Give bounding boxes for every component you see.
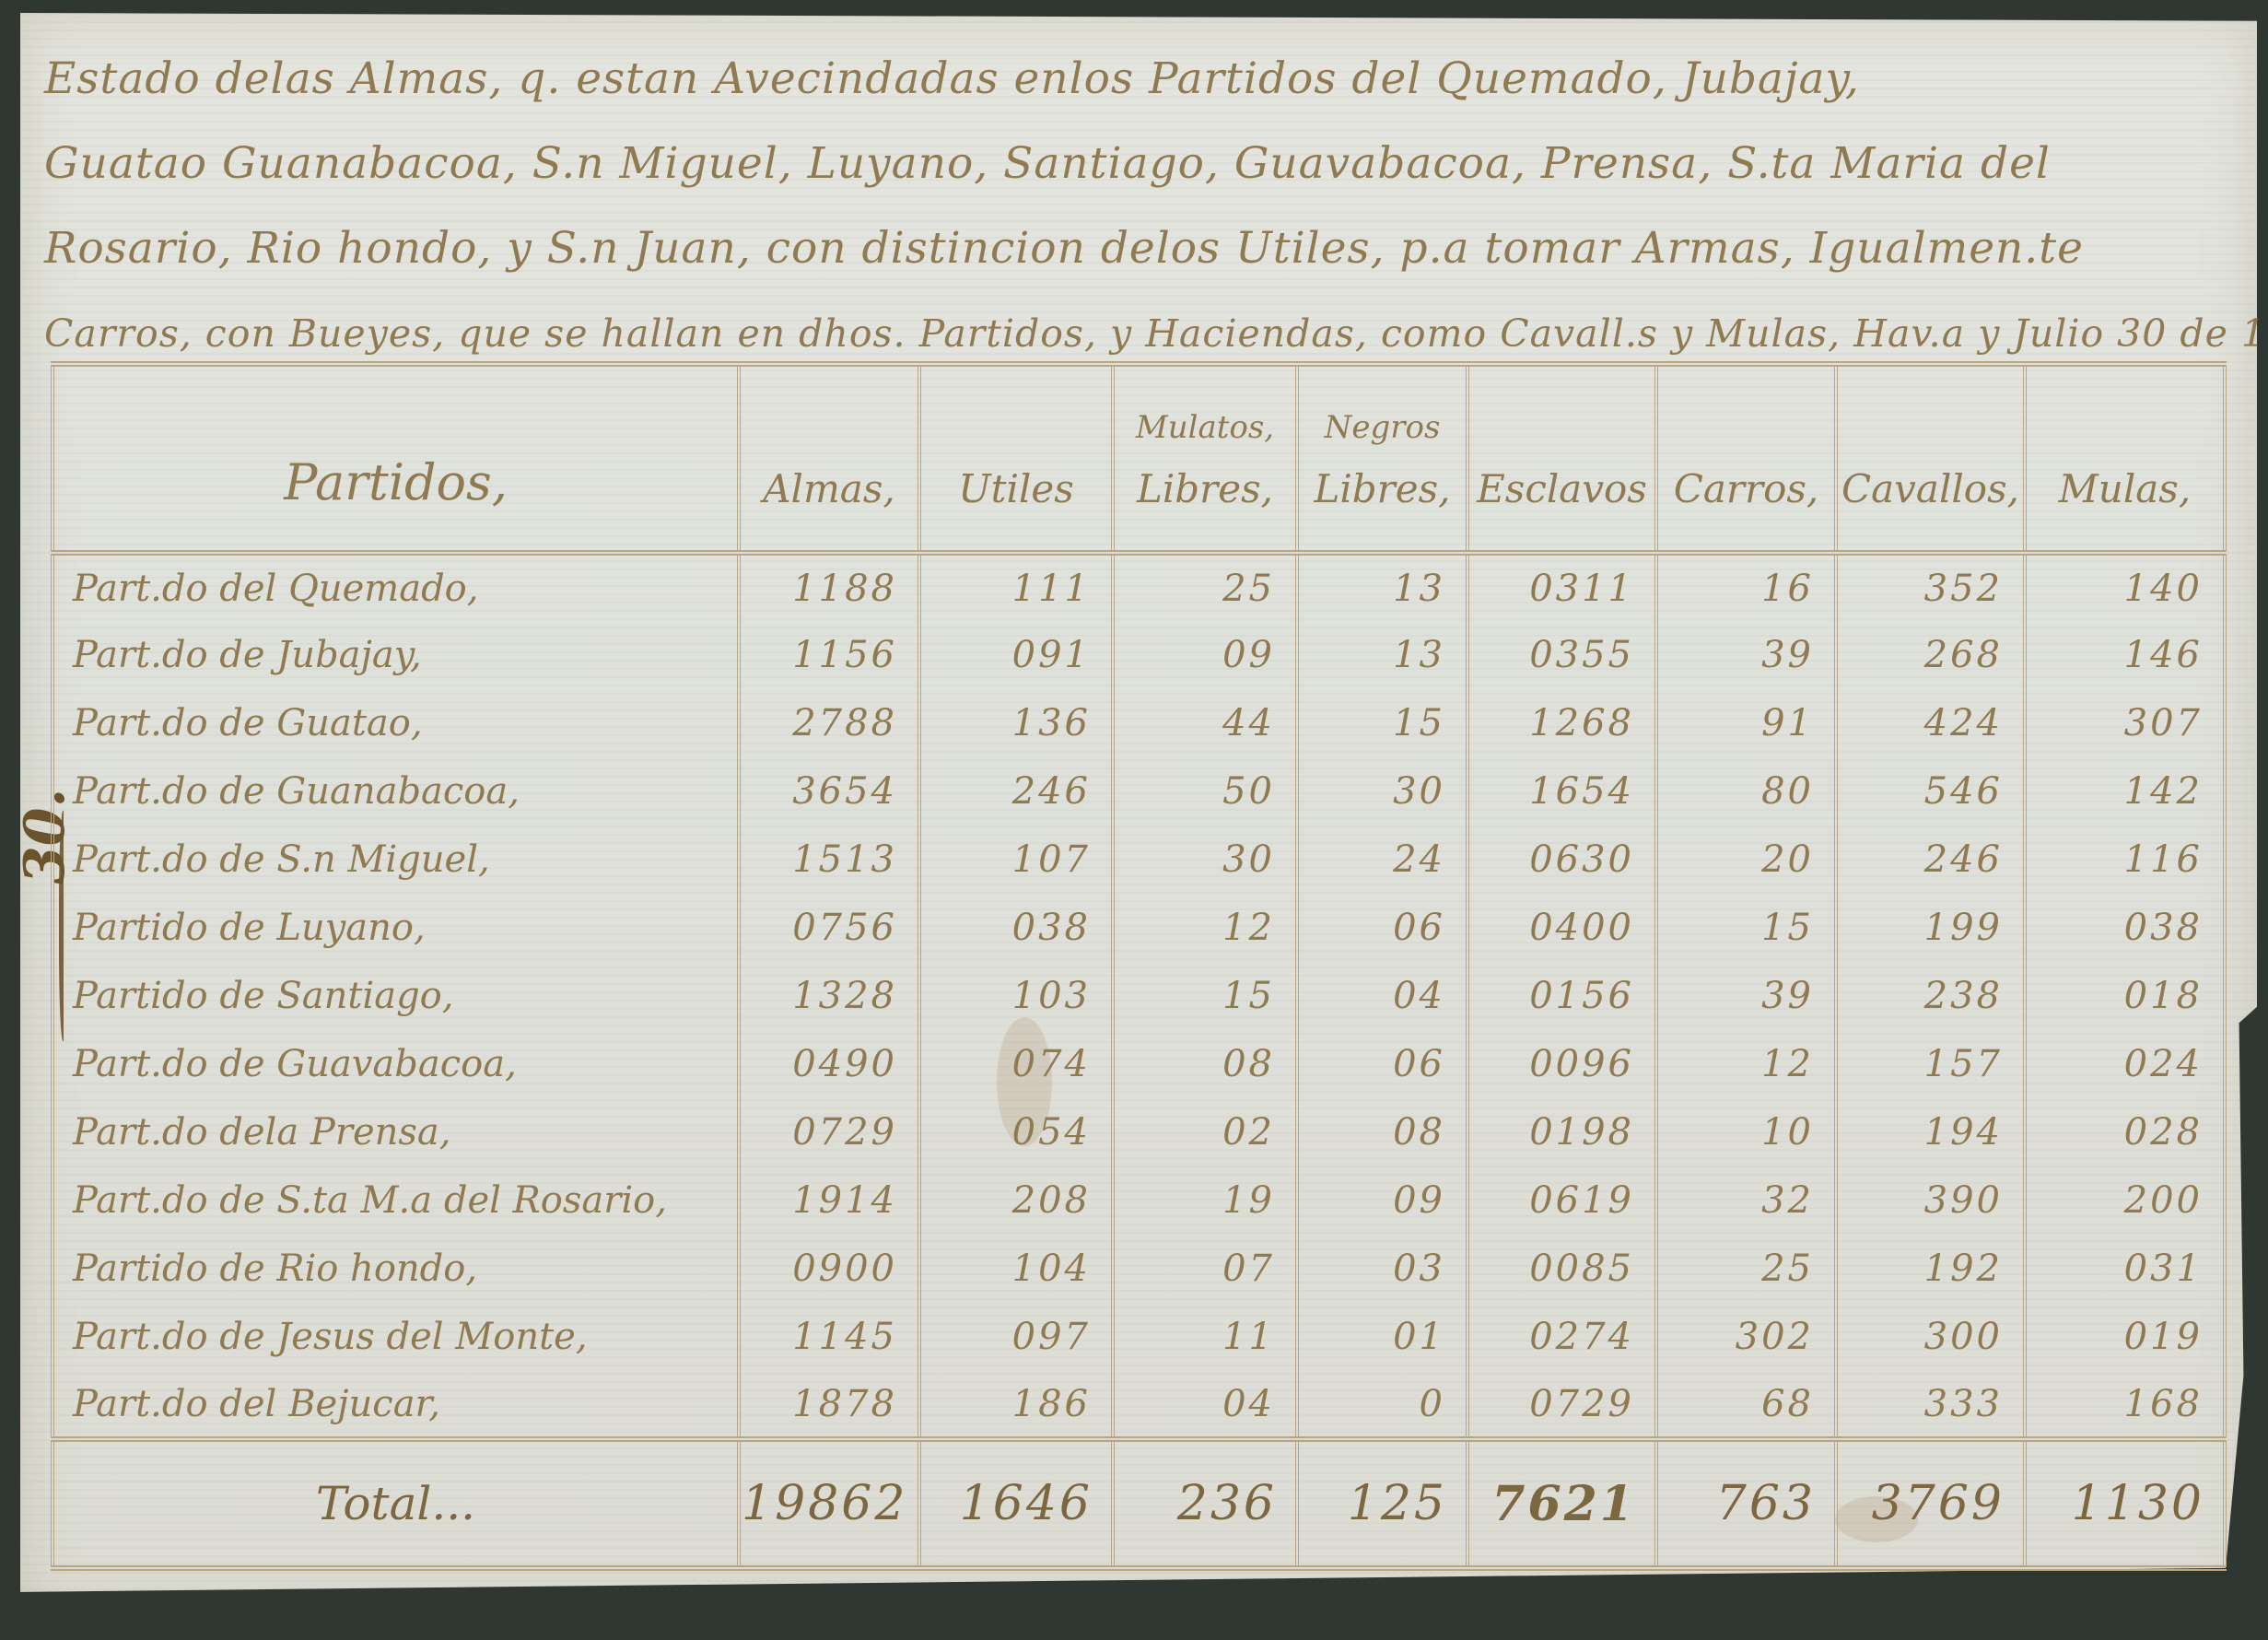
cell-mulas: 140 — [2025, 553, 2225, 621]
header-row: Partidos, Almas, Utiles Mulatos,Libres, … — [53, 364, 2225, 553]
cell-mulas: 038 — [2025, 894, 2225, 962]
cell-utiles: 074 — [919, 1030, 1113, 1098]
cell-mulas: 146 — [2025, 621, 2225, 689]
partido-name: Part.do del Bejucar, — [53, 1371, 739, 1439]
cell-esclavos: 1654 — [1467, 757, 1656, 826]
header-almas: Almas, — [739, 364, 919, 553]
cell-esclavos: 0619 — [1467, 1166, 1656, 1235]
header-mulatos-libres: Mulatos,Libres, — [1113, 364, 1297, 553]
cell-mulatos-libres: 50 — [1113, 757, 1297, 826]
cell-mulatos-libres: 30 — [1113, 826, 1297, 894]
table-row: Part.do de S.ta M.a del Rosario,19142081… — [53, 1166, 2225, 1235]
cell-utiles: 111 — [919, 553, 1113, 621]
cell-utiles: 091 — [919, 621, 1113, 689]
table-row: Partido de Santiago,13281031504015639238… — [53, 962, 2225, 1030]
cell-cavallos: 268 — [1836, 621, 2025, 689]
cell-cavallos: 157 — [1836, 1030, 2025, 1098]
cell-negros-libres: 15 — [1297, 689, 1467, 757]
cell-almas: 0900 — [739, 1235, 919, 1303]
cell-cavallos: 352 — [1836, 553, 2025, 621]
cell-almas: 0756 — [739, 894, 919, 962]
cell-almas: 1328 — [739, 962, 919, 1030]
cell-carros: 25 — [1656, 1235, 1836, 1303]
cell-almas: 1914 — [739, 1166, 919, 1235]
cell-utiles: 136 — [919, 689, 1113, 757]
cell-negros-libres: 06 — [1297, 894, 1467, 962]
cell-esclavos: 0198 — [1467, 1098, 1656, 1166]
cell-cavallos: 333 — [1836, 1371, 2025, 1439]
partido-name: Part.do de Jesus del Monte, — [53, 1303, 739, 1371]
cell-cavallos: 192 — [1836, 1235, 2025, 1303]
cell-cavallos: 238 — [1836, 962, 2025, 1030]
cell-mulatos-libres: 19 — [1113, 1166, 1297, 1235]
cell-cavallos: 300 — [1836, 1303, 2025, 1371]
cell-esclavos: 0355 — [1467, 621, 1656, 689]
table-row: Partido de Rio hondo,0900104070300852519… — [53, 1235, 2225, 1303]
table-row: Part.do de Guavabacoa,049007408060096121… — [53, 1030, 2225, 1098]
totals-row: Total... 19862 1646 236 125 7621 763 376… — [53, 1439, 2225, 1568]
partido-name: Part.do de Guavabacoa, — [53, 1030, 739, 1098]
cell-mulas: 018 — [2025, 962, 2225, 1030]
cell-almas: 1878 — [739, 1371, 919, 1439]
cell-mulas: 142 — [2025, 757, 2225, 826]
cell-almas: 1513 — [739, 826, 919, 894]
cell-mulatos-libres: 02 — [1113, 1098, 1297, 1166]
cell-almas: 1188 — [739, 553, 919, 621]
cell-almas: 1156 — [739, 621, 919, 689]
total-mulas: 1130 — [2025, 1439, 2225, 1568]
cell-mulatos-libres: 09 — [1113, 621, 1297, 689]
cell-cavallos: 424 — [1836, 689, 2025, 757]
header-mulas: Mulas, — [2025, 364, 2225, 553]
cell-mulatos-libres: 25 — [1113, 553, 1297, 621]
cell-carros: 91 — [1656, 689, 1836, 757]
cell-mulatos-libres: 11 — [1113, 1303, 1297, 1371]
cell-carros: 20 — [1656, 826, 1836, 894]
partido-name: Partido de Santiago, — [53, 962, 739, 1030]
partido-name: Part.do del Quemado, — [53, 553, 739, 621]
cell-negros-libres: 0 — [1297, 1371, 1467, 1439]
header-utiles: Utiles — [919, 364, 1113, 553]
table-row: Part.do de Guatao,2788136441512689142430… — [53, 689, 2225, 757]
total-negros-libres: 125 — [1297, 1439, 1467, 1568]
cell-mulas: 200 — [2025, 1166, 2225, 1235]
partido-name: Partido de Luyano, — [53, 894, 739, 962]
cell-esclavos: 0156 — [1467, 962, 1656, 1030]
cell-cavallos: 199 — [1836, 894, 2025, 962]
cell-mulatos-libres: 07 — [1113, 1235, 1297, 1303]
cell-almas: 0729 — [739, 1098, 919, 1166]
cell-negros-libres: 30 — [1297, 757, 1467, 826]
cell-negros-libres: 04 — [1297, 962, 1467, 1030]
header-partidos: Partidos, — [53, 364, 739, 553]
cell-esclavos: 0274 — [1467, 1303, 1656, 1371]
cell-negros-libres: 09 — [1297, 1166, 1467, 1235]
cell-almas: 3654 — [739, 757, 919, 826]
table-row: Part.do del Bejucar,18781860400729683331… — [53, 1371, 2225, 1439]
cell-esclavos: 0085 — [1467, 1235, 1656, 1303]
cell-cavallos: 194 — [1836, 1098, 2025, 1166]
heading-line-1: Estado delas Almas, q. estan Avecindadas… — [44, 37, 2237, 122]
cell-mulas: 019 — [2025, 1303, 2225, 1371]
header-negros-libres: NegrosLibres, — [1297, 364, 1467, 553]
cell-mulatos-libres: 15 — [1113, 962, 1297, 1030]
table-row: Part.do del Quemado,11881112513031116352… — [53, 553, 2225, 621]
cell-utiles: 107 — [919, 826, 1113, 894]
total-cavallos: 3769 — [1836, 1439, 2025, 1568]
cell-esclavos: 1268 — [1467, 689, 1656, 757]
cell-utiles: 186 — [919, 1371, 1113, 1439]
cell-mulas: 168 — [2025, 1371, 2225, 1439]
table-row: Part.do dela Prensa,07290540208019810194… — [53, 1098, 2225, 1166]
cell-utiles: 104 — [919, 1235, 1113, 1303]
cell-carros: 32 — [1656, 1166, 1836, 1235]
cell-mulatos-libres: 08 — [1113, 1030, 1297, 1098]
cell-cavallos: 546 — [1836, 757, 2025, 826]
cell-carros: 12 — [1656, 1030, 1836, 1098]
cell-cavallos: 246 — [1836, 826, 2025, 894]
cell-esclavos: 0096 — [1467, 1030, 1656, 1098]
cell-esclavos: 0311 — [1467, 553, 1656, 621]
heading-line-3: Rosario, Rio hondo, y S.n Juan, con dist… — [44, 206, 2237, 291]
partido-name: Part.do de S.ta M.a del Rosario, — [53, 1166, 739, 1235]
cell-mulatos-libres: 44 — [1113, 689, 1297, 757]
table-row: Part.do de S.n Miguel,151310730240630202… — [53, 826, 2225, 894]
total-almas: 19862 — [739, 1439, 919, 1568]
total-carros: 763 — [1656, 1439, 1836, 1568]
cell-utiles: 054 — [919, 1098, 1113, 1166]
cell-mulas: 116 — [2025, 826, 2225, 894]
cell-carros: 68 — [1656, 1371, 1836, 1439]
total-utiles: 1646 — [919, 1439, 1113, 1568]
cell-esclavos: 0630 — [1467, 826, 1656, 894]
partido-name: Part.do de Guanabacoa, — [53, 757, 739, 826]
table-row: Part.do de Jubajay,115609109130355392681… — [53, 621, 2225, 689]
cell-mulatos-libres: 04 — [1113, 1371, 1297, 1439]
cell-carros: 39 — [1656, 962, 1836, 1030]
cell-almas: 0490 — [739, 1030, 919, 1098]
cell-negros-libres: 13 — [1297, 621, 1467, 689]
total-label: Total... — [53, 1439, 739, 1568]
total-mulatos-libres: 236 — [1113, 1439, 1297, 1568]
cell-carros: 302 — [1656, 1303, 1836, 1371]
cell-mulatos-libres: 12 — [1113, 894, 1297, 962]
partido-name: Part.do de Jubajay, — [53, 621, 739, 689]
cell-mulas: 028 — [2025, 1098, 2225, 1166]
table-row: Part.do de Jesus del Monte,1145097110102… — [53, 1303, 2225, 1371]
cell-cavallos: 390 — [1836, 1166, 2025, 1235]
table-row: Part.do de Guanabacoa,365424650301654805… — [53, 757, 2225, 826]
cell-utiles: 097 — [919, 1303, 1113, 1371]
cell-utiles: 208 — [919, 1166, 1113, 1235]
cell-carros: 80 — [1656, 757, 1836, 826]
partido-name: Partido de Rio hondo, — [53, 1235, 739, 1303]
cell-negros-libres: 13 — [1297, 553, 1467, 621]
cell-carros: 15 — [1656, 894, 1836, 962]
cell-almas: 1145 — [739, 1303, 919, 1371]
heading-line-2: Guatao Guanabacoa, S.n Miguel, Luyano, S… — [44, 122, 2237, 206]
cell-mulas: 024 — [2025, 1030, 2225, 1098]
document-heading: Estado delas Almas, q. estan Avecindadas… — [44, 37, 2237, 376]
cell-negros-libres: 06 — [1297, 1030, 1467, 1098]
partido-name: Part.do de Guatao, — [53, 689, 739, 757]
partido-name: Part.do de S.n Miguel, — [53, 826, 739, 894]
cell-negros-libres: 24 — [1297, 826, 1467, 894]
cell-utiles: 103 — [919, 962, 1113, 1030]
header-cavallos: Cavallos, — [1836, 364, 2025, 553]
partido-name: Part.do dela Prensa, — [53, 1098, 739, 1166]
cell-esclavos: 0729 — [1467, 1371, 1656, 1439]
cell-carros: 10 — [1656, 1098, 1836, 1166]
cell-carros: 39 — [1656, 621, 1836, 689]
total-esclavos: 7621 — [1467, 1439, 1656, 1568]
census-table: Partidos, Almas, Utiles Mulatos,Libres, … — [51, 361, 2227, 1571]
cell-utiles: 038 — [919, 894, 1113, 962]
cell-carros: 16 — [1656, 553, 1836, 621]
cell-negros-libres: 03 — [1297, 1235, 1467, 1303]
cell-mulas: 031 — [2025, 1235, 2225, 1303]
cell-negros-libres: 08 — [1297, 1098, 1467, 1166]
table-row: Partido de Luyano,0756038120604001519903… — [53, 894, 2225, 962]
cell-utiles: 246 — [919, 757, 1113, 826]
header-carros: Carros, — [1656, 364, 1836, 553]
cell-negros-libres: 01 — [1297, 1303, 1467, 1371]
header-esclavos: Esclavos — [1467, 364, 1656, 553]
cell-esclavos: 0400 — [1467, 894, 1656, 962]
cell-mulas: 307 — [2025, 689, 2225, 757]
cell-almas: 2788 — [739, 689, 919, 757]
